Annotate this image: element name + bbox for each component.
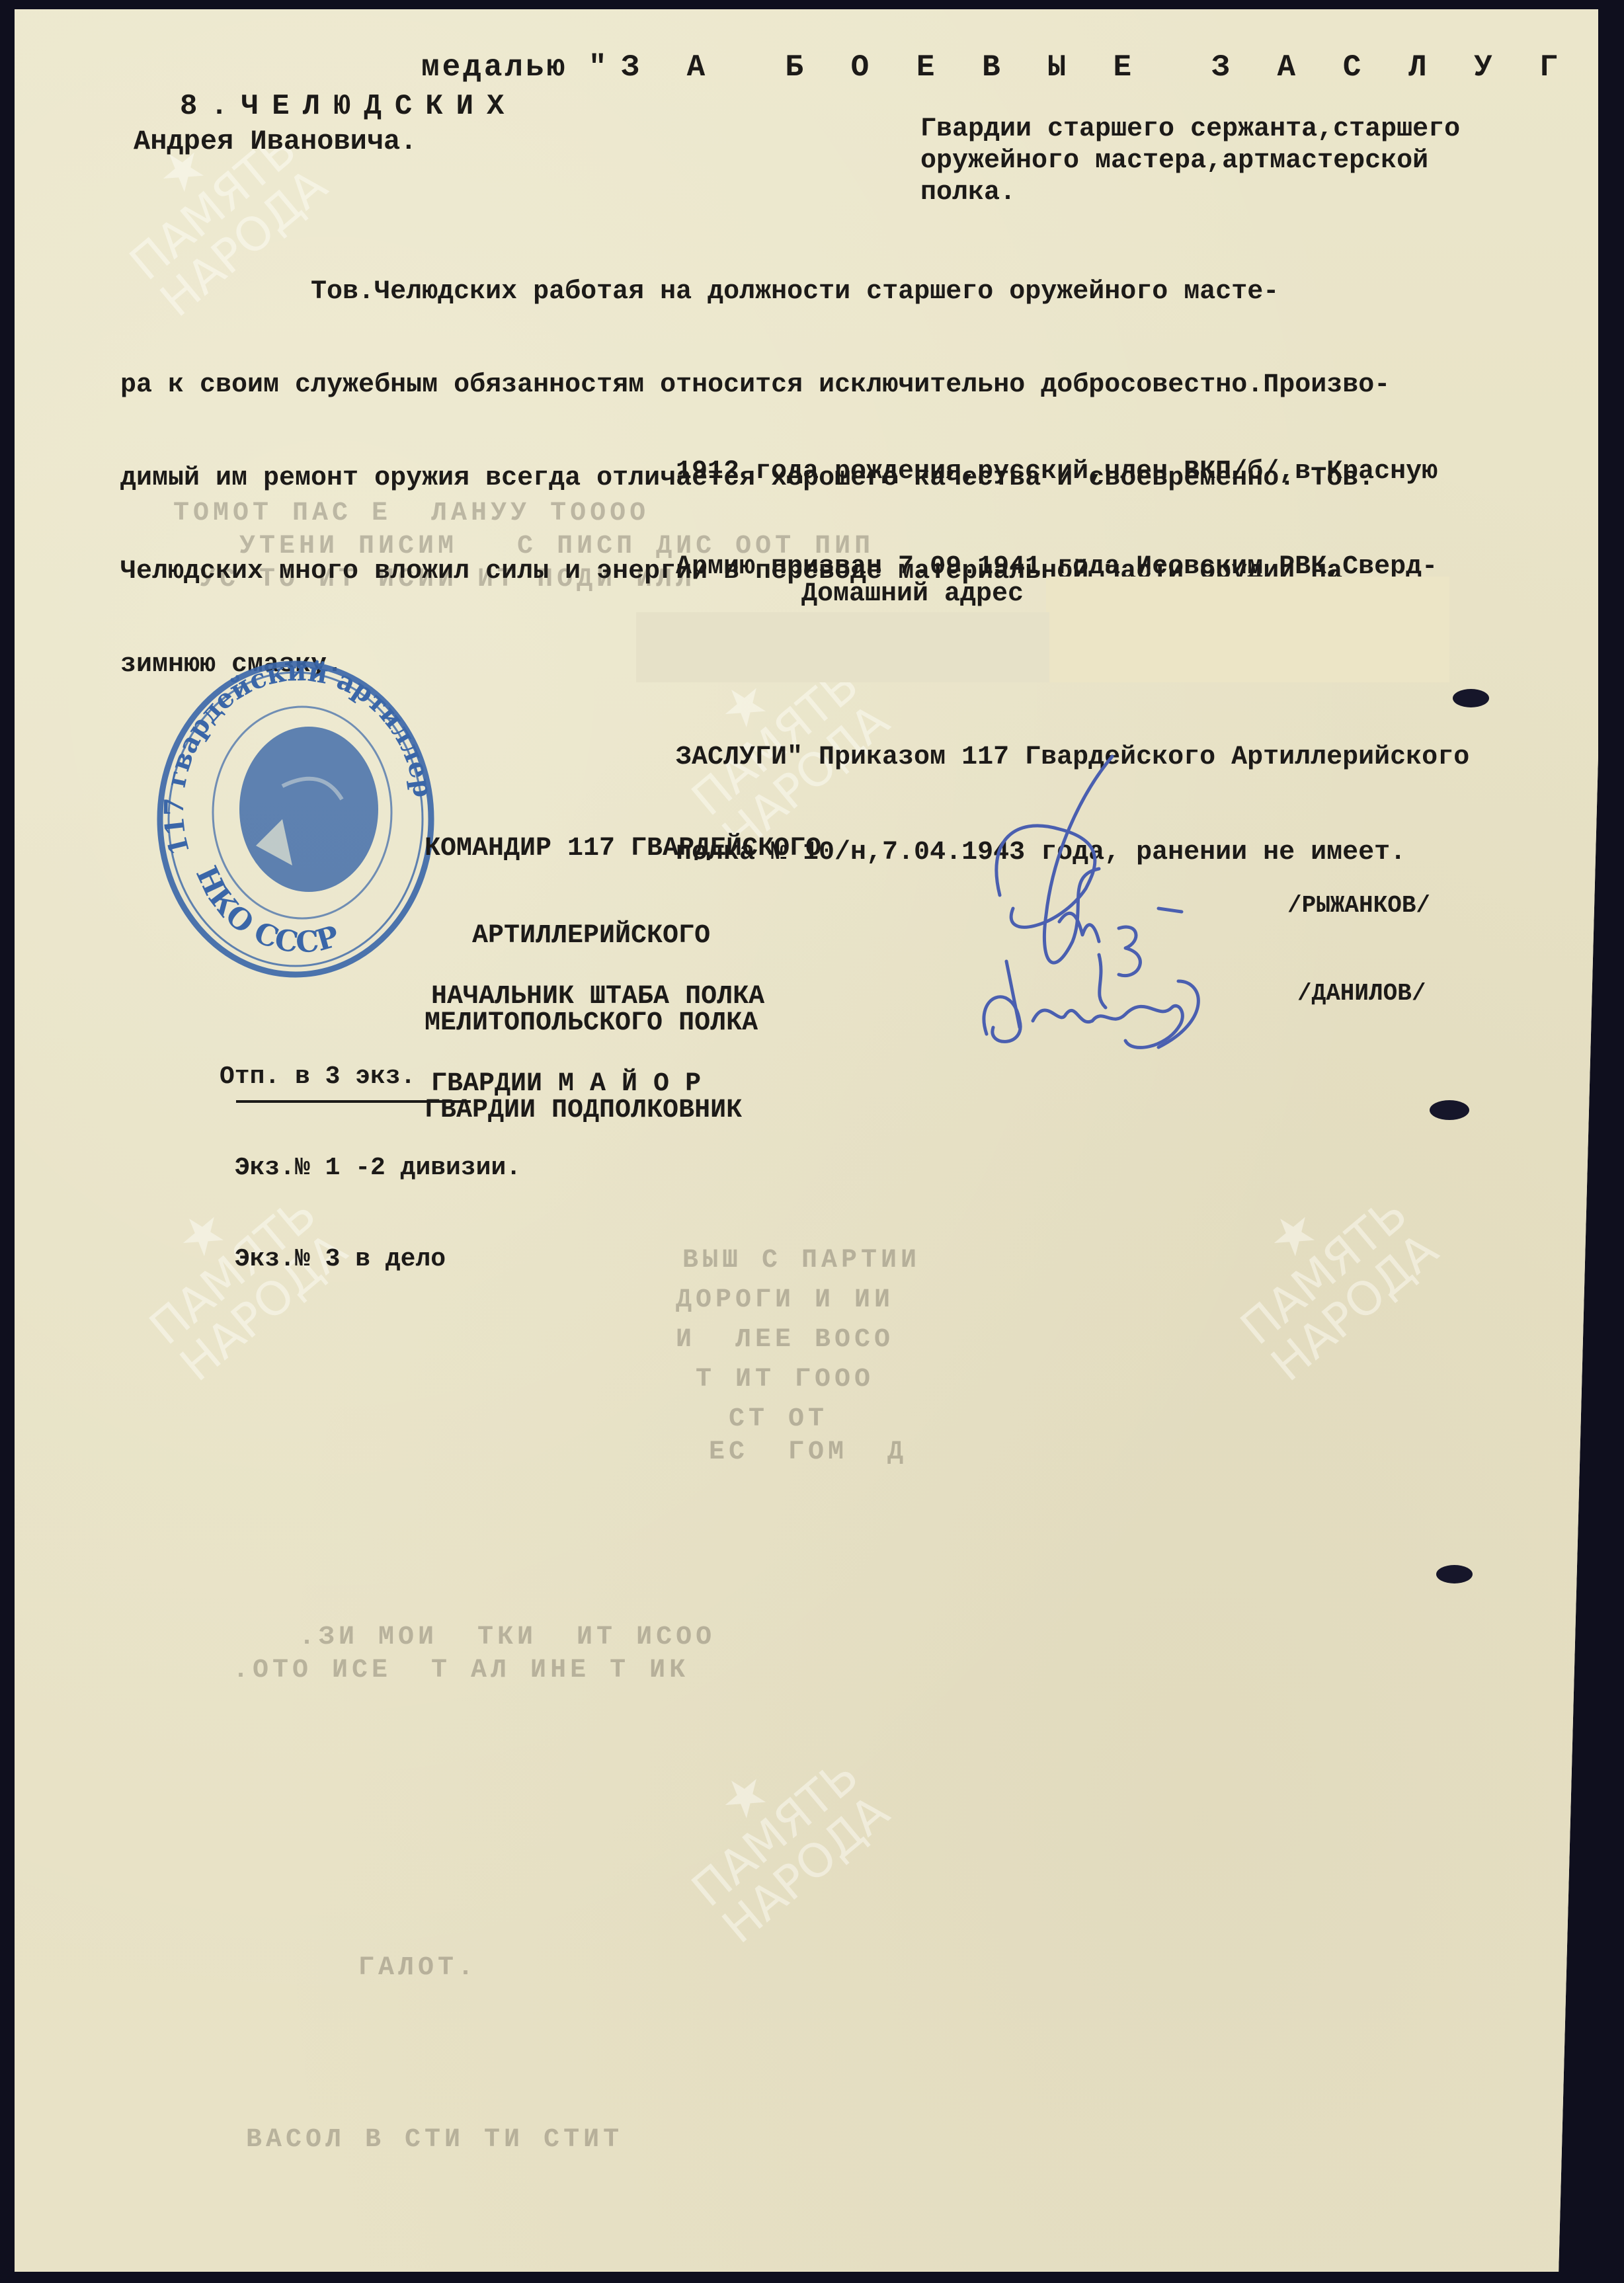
bleed-through-text: ГАЛОТ. [358, 1953, 477, 1983]
bleed-through-text: .ЗИ МОИ ТКИ ИТ ИСОО [299, 1622, 715, 1652]
recipient-rank: Гвардии старшего сержанта,старшегооружей… [920, 114, 1460, 209]
bleed-through-text: ДОРОГИ И ИИ [676, 1285, 894, 1315]
home-address-label: Домашний адрес [801, 579, 1024, 609]
regiment-stamp: 117 гвардейский артиллерийский полк НКО … [150, 654, 441, 984]
bleed-through-text: .ОТО ИСЕ Т АЛ ИНЕ Т ИК [233, 1656, 689, 1685]
award-title: медалью "З А Б О Е В Ы Е З А С Л У Г И" [421, 50, 1624, 85]
bleed-through-text: СТ ОТ [729, 1404, 828, 1434]
chief-of-staff-name: /ДАНИЛОВ/ [1297, 980, 1426, 1007]
bleed-through-text: Т ИТ ГООО [696, 1365, 874, 1394]
copies-note: Отп. в 3 экз. Экз.№ 1 -2 дивизии. Экз.№ … [220, 1001, 521, 1336]
bleed-through-text: И ЛЕЕ ВОСО [676, 1325, 894, 1355]
watermark: ★ПАМЯТЬНАРОДА [1202, 1152, 1446, 1390]
redacted-address [636, 612, 1049, 682]
commander-name: /РЫЖАНКОВ/ [1287, 892, 1430, 919]
bleed-through-text: ВАСОЛ В СТИ ТИ СТИТ [246, 2125, 623, 2155]
redacted-address [1046, 577, 1449, 682]
document-page: ★ПАМЯТЬНАРОДА ★ПАМЯТЬНАРОДА ★ПАМЯТЬНАРОД… [15, 9, 1598, 2272]
punch-hole [1430, 1100, 1469, 1120]
recipient-name: Андрея Ивановича. [134, 126, 417, 157]
watermark: ★ПАМЯТЬНАРОДА [653, 1714, 897, 1952]
recipient-surname: 8.ЧЕЛЮДСКИХ [180, 90, 517, 123]
bleed-through-text: ЕС ГОМ Д [709, 1437, 907, 1467]
copies-underline [236, 1100, 471, 1103]
bleed-through-text: ВЫШ С ПАРТИИ [682, 1246, 920, 1275]
handwritten-signatures [960, 743, 1304, 1054]
punch-hole [1453, 689, 1489, 707]
punch-hole [1436, 1565, 1473, 1583]
